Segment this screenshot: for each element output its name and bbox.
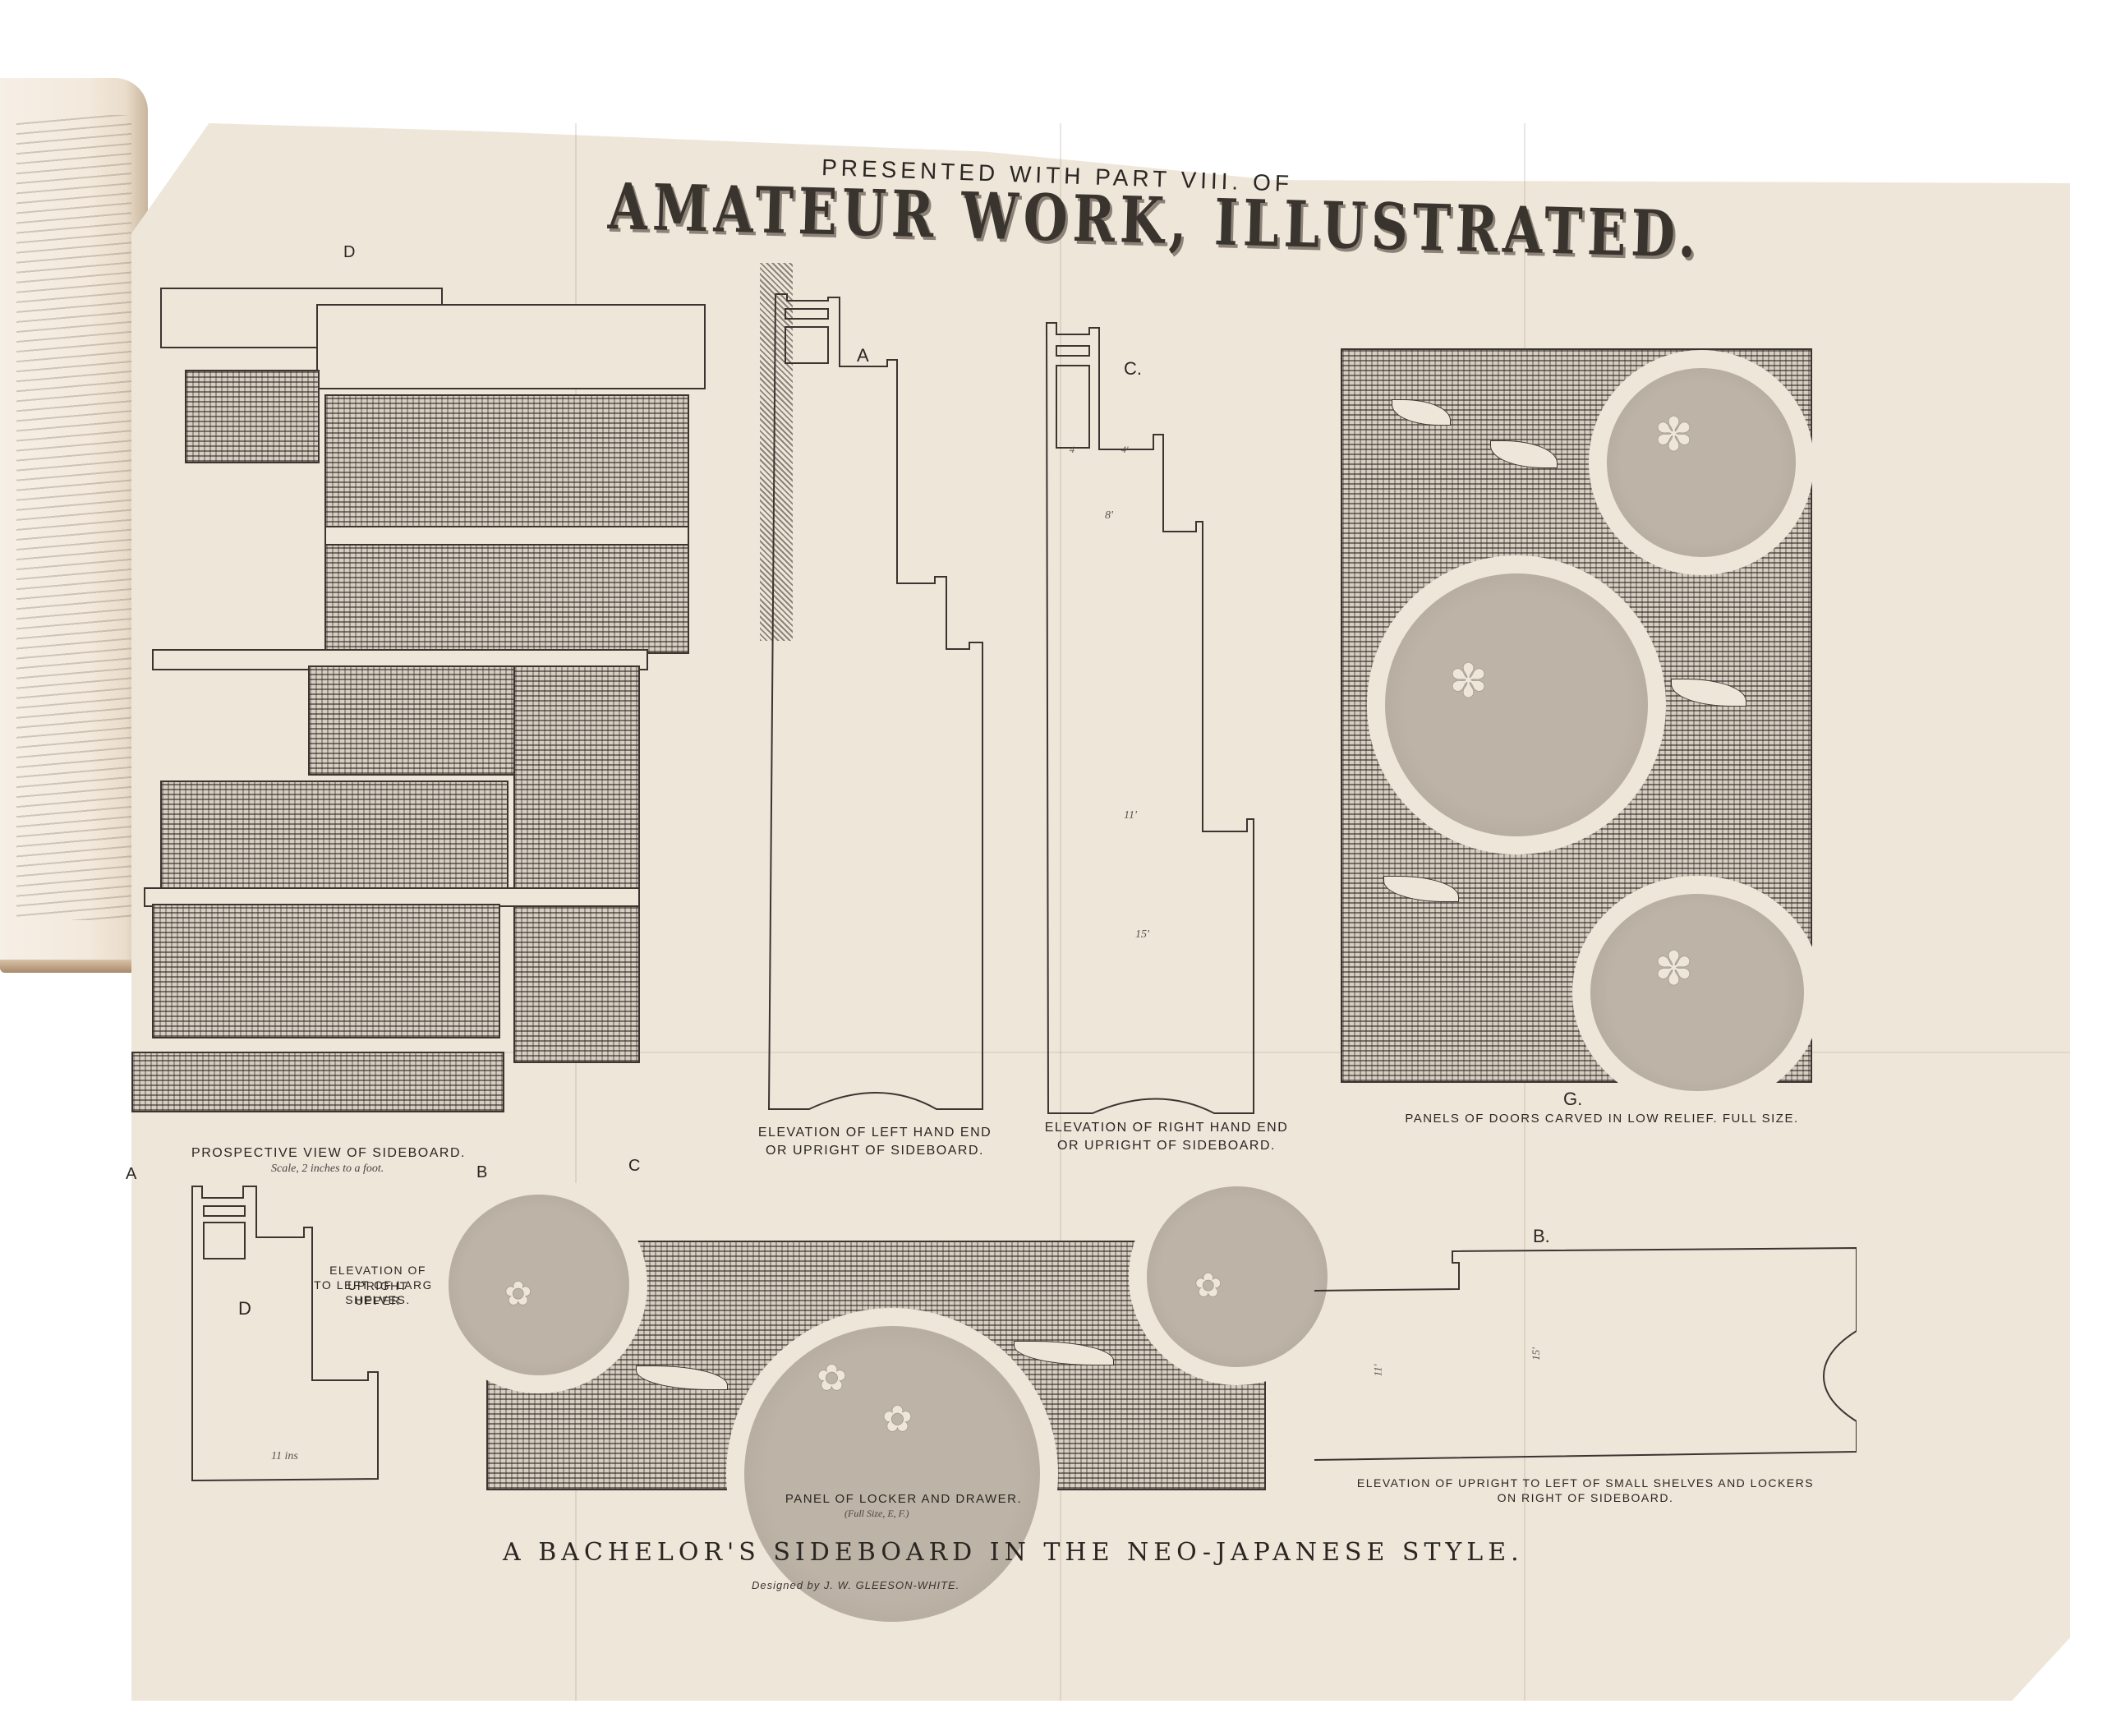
panel-locker-caption: PANEL OF LOCKER AND DRAWER.: [657, 1491, 1150, 1508]
elevation-b-outline: [1314, 1236, 1857, 1467]
medallion: [1572, 876, 1822, 1109]
dimension-label: 11': [1124, 809, 1137, 822]
locker-drawer-panel-carving: ✿ ✿ ✿ ✿: [486, 1241, 1266, 1490]
right-small-shelves: [513, 665, 640, 1063]
marker-a: A: [126, 1165, 136, 1184]
elevation-c-outline: [1043, 316, 1290, 1130]
elevation-c-caption-line1: ELEVATION OF RIGHT HAND END: [1043, 1119, 1290, 1137]
bookshelf-lower: [160, 781, 508, 891]
elevation-d-caption-line3: SHELVES.: [304, 1292, 452, 1308]
elevation-a-caption-line2: OR UPRIGHT OF SIDEBOARD.: [756, 1142, 994, 1160]
leaf: [1490, 440, 1558, 468]
elevation-a-letter: A: [857, 345, 869, 366]
dimension-label: 15': [1135, 928, 1149, 942]
flower-icon: ✿: [1194, 1267, 1222, 1305]
ornament-shelf: [324, 394, 689, 529]
door-panel-carving-g: ✽ ✽ ✽: [1341, 348, 1812, 1083]
leaf: [1671, 679, 1746, 707]
marker-d: D: [343, 243, 355, 262]
leaf: [1392, 399, 1451, 426]
medallion: [1129, 1168, 1346, 1385]
elevation-c-letter: C.: [1124, 358, 1142, 380]
small-upper-cabinet: [185, 370, 320, 463]
flower-icon: ✿: [504, 1275, 532, 1313]
panel-g-caption: PANELS OF DOORS CARVED IN LOW RELIEF. FU…: [1347, 1111, 1857, 1127]
flower-icon: ✽: [1654, 408, 1693, 462]
dimension-label: 15': [1530, 1347, 1543, 1361]
leaf: [636, 1365, 728, 1390]
flower-icon: ✿: [817, 1357, 847, 1399]
sideboard-caption: PROSPECTIVE VIEW OF SIDEBOARD.: [189, 1144, 468, 1163]
marker-b: B: [476, 1163, 487, 1182]
bookshelf-upper: [324, 544, 689, 654]
scale-note: Scale, 2 inches to a foot.: [271, 1163, 384, 1176]
drawers: [131, 1052, 504, 1112]
leaf: [1383, 876, 1459, 902]
dimension-label: 11 ins: [271, 1450, 298, 1463]
carved-doors: [152, 904, 500, 1038]
medallion: [1367, 555, 1666, 854]
medallion: [1589, 350, 1814, 575]
leaf: [1014, 1341, 1114, 1365]
plate-footer-title: A BACHELOR'S SIDEBOARD IN THE NEO-JAPANE…: [503, 1538, 1524, 1567]
dimension-label: 11': [1371, 1365, 1384, 1377]
book-text-column: [16, 115, 131, 920]
dimension-label: 8': [1105, 509, 1113, 523]
elevation-a-outline: [764, 288, 1010, 1126]
elevation-a-caption-line1: ELEVATION OF LEFT HAND END: [756, 1124, 994, 1142]
sideboard-perspective-illustration: [136, 279, 711, 1134]
panel-locker-note: (Full Size, E, F.): [844, 1508, 909, 1520]
dimension-label: 4': [1121, 444, 1129, 456]
dimension-label: 4: [1070, 444, 1075, 456]
panel-g-letter: G.: [1563, 1089, 1582, 1110]
top-right-gallery-shelf: [316, 304, 706, 389]
elevation-d-outline: [181, 1175, 394, 1495]
locker-panel-e: [308, 665, 525, 776]
flower-icon: ✿: [882, 1398, 913, 1440]
designer-credit: Designed by J. W. GLEESON-WHITE.: [752, 1579, 959, 1591]
flower-icon: ✽: [1654, 942, 1693, 996]
elevation-b-letter: B.: [1533, 1226, 1550, 1247]
elevation-b-caption-line2: ON RIGHT OF SIDEBOARD.: [1323, 1490, 1848, 1506]
elevation-b-caption-line1: ELEVATION OF UPRIGHT TO LEFT OF SMALL SH…: [1323, 1476, 1848, 1491]
flower-icon: ✽: [1449, 654, 1488, 708]
elevation-d-letter: D: [238, 1298, 251, 1319]
book-page-edge: [0, 960, 140, 973]
marker-c: C: [628, 1157, 640, 1176]
medallion: [430, 1177, 647, 1393]
elevation-c-caption-line2: OR UPRIGHT OF SIDEBOARD.: [1043, 1137, 1290, 1155]
